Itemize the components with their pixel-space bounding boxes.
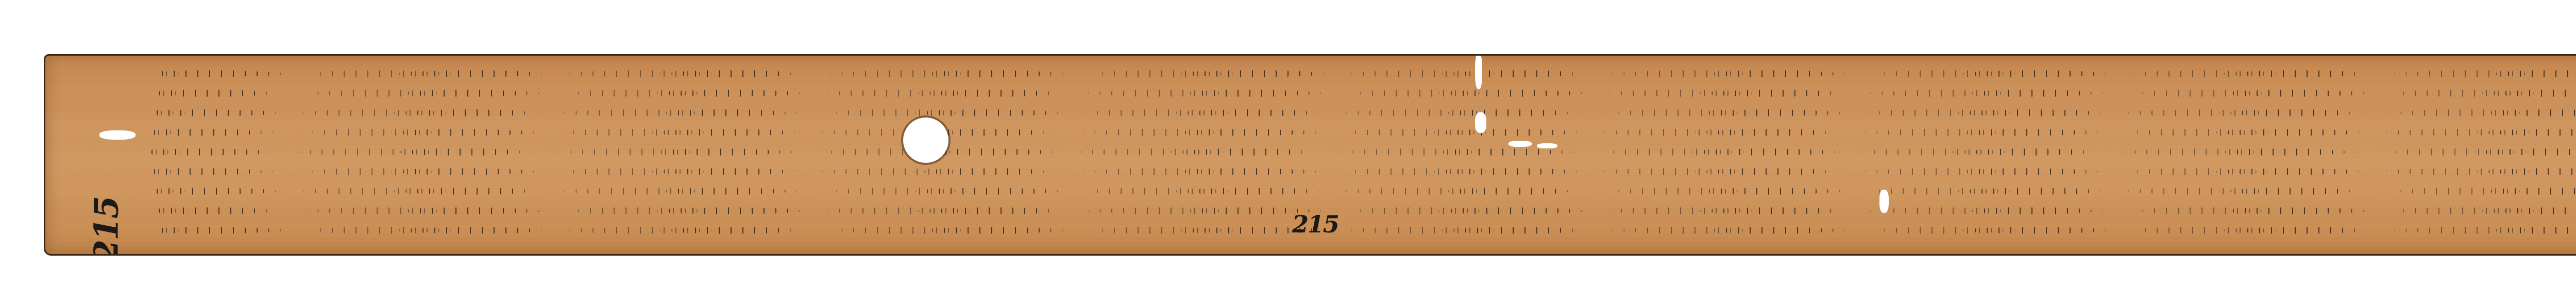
insect-damage xyxy=(1879,190,1889,213)
insect-damage xyxy=(99,130,135,140)
text-line xyxy=(154,184,2576,198)
text-line xyxy=(159,224,2576,237)
text-line xyxy=(159,67,2576,80)
string-hole xyxy=(903,118,948,163)
text-line xyxy=(148,145,2576,159)
text-line xyxy=(156,87,2576,100)
text-line xyxy=(156,204,2576,217)
marginal-number-bottom: 215 xyxy=(1292,210,1338,238)
text-line xyxy=(154,106,2576,120)
insect-damage xyxy=(1509,141,1532,147)
insect-damage xyxy=(1537,143,1557,148)
text-line xyxy=(151,165,2576,178)
marginal-number-left: 215 xyxy=(87,197,126,256)
insect-damage xyxy=(1475,54,1482,89)
text-line xyxy=(151,126,2576,139)
insect-damage xyxy=(1475,112,1486,133)
palm-leaf-folio: 215 215 215 xyxy=(44,54,2576,256)
